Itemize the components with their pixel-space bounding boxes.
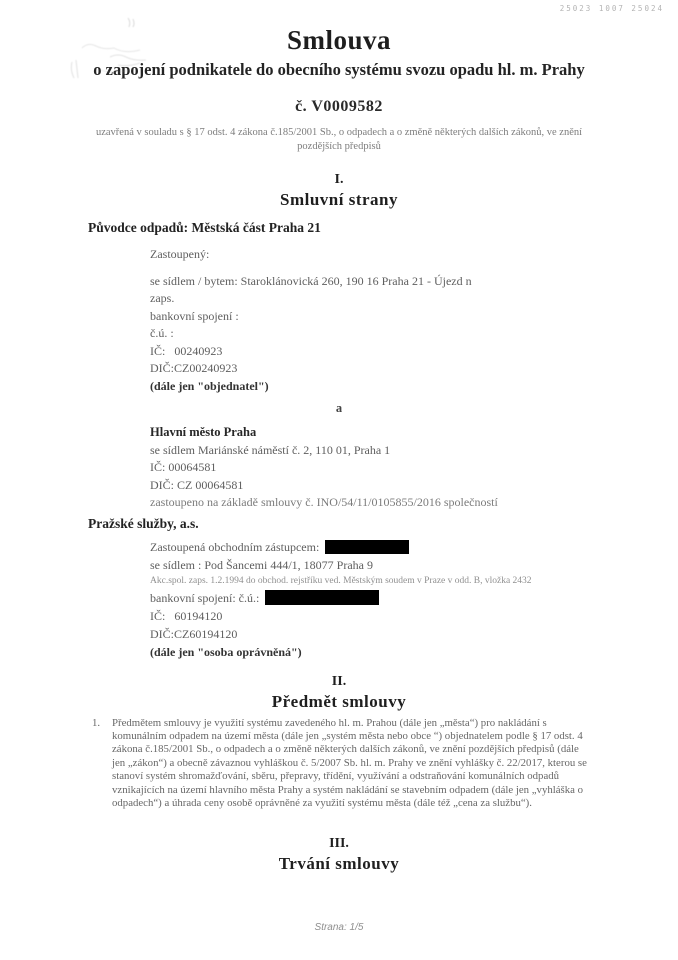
section-1-title: Smluvní strany xyxy=(0,191,678,208)
originator-address: se sídlem / bytem: Staroklánovická 260, … xyxy=(150,273,678,291)
operator-bank-label: bankovní spojení: č.ú.: xyxy=(150,591,259,605)
operator-represented: Zastoupená obchodním zástupcem: xyxy=(150,538,678,556)
clause-1-number: 1. xyxy=(92,717,112,811)
originator-heading: Původce odpadů: Městská část Praha 21 xyxy=(88,221,678,235)
conjunction-a: a xyxy=(0,402,678,415)
section-2-title: Předmět smlouvy xyxy=(0,693,678,710)
city-ic: IČ: 00064581 xyxy=(150,459,678,477)
originator-dic: DIČ:CZ00240923 xyxy=(150,360,678,378)
originator-bank: bankovní spojení : xyxy=(150,308,678,326)
section-2-number: II. xyxy=(0,675,678,689)
operator-dic: DIČ:CZ60194120 xyxy=(150,625,678,643)
originator-account: č.ú. : xyxy=(150,325,678,343)
operator-registration: Akc.spol. zaps. 1.2.1994 do obchod. rejs… xyxy=(150,574,678,589)
originator-alias: (dále jen "objednatel") xyxy=(150,378,678,396)
page-number-footer: Strana: 1/5 xyxy=(0,922,678,933)
redaction-bar-account xyxy=(265,590,379,605)
clause-1: 1. Předmětem smlouvy je využití systému … xyxy=(92,717,594,811)
clause-1-text: Předmětem smlouvy je využití systému zav… xyxy=(112,717,594,811)
scan-corner-mark: 25023 1007 25024 xyxy=(560,4,664,13)
operator-alias: (dále jen "osoba oprávněná") xyxy=(150,643,678,661)
operator-ic: IČ: 60194120 xyxy=(150,607,678,625)
operator-bank: bankovní spojení: č.ú.: xyxy=(150,589,678,607)
operator-details: Zastoupená obchodním zástupcem: se sídle… xyxy=(150,538,678,661)
section-1-number: I. xyxy=(0,173,678,187)
operator-represented-label: Zastoupená obchodním zástupcem: xyxy=(150,540,319,554)
originator-registered: zaps. xyxy=(150,290,678,308)
operator-address: se sídlem : Pod Šancemi 444/1, 18077 Pra… xyxy=(150,556,678,574)
city-address: se sídlem Mariánské náměstí č. 2, 110 01… xyxy=(150,442,678,460)
originator-details: Zastoupený: se sídlem / bytem: Staroklán… xyxy=(150,246,678,395)
city-details: Hlavní město Praha se sídlem Mariánské n… xyxy=(150,424,678,512)
city-name: Hlavní město Praha xyxy=(150,424,678,442)
contract-number: č. V0009582 xyxy=(0,99,678,115)
section-3-number: III. xyxy=(0,837,678,851)
originator-ic: IČ: 00240923 xyxy=(150,343,678,361)
section-3-title: Trvání smlouvy xyxy=(0,855,678,872)
operator-heading: Pražské služby, a.s. xyxy=(88,517,678,531)
redaction-bar-representative xyxy=(325,540,409,554)
city-represented-by: zastoupeno na základě smlouvy č. INO/54/… xyxy=(150,494,678,512)
city-dic: DIČ: CZ 00064581 xyxy=(150,477,678,495)
originator-represented: Zastoupený: xyxy=(150,246,678,264)
handwriting-smudge xyxy=(70,10,270,90)
preamble-text: uzavřená v souladu s § 17 odst. 4 zákona… xyxy=(89,126,589,154)
scanned-contract-page: 25023 1007 25024 Smlouva o zapojení podn… xyxy=(0,0,678,960)
